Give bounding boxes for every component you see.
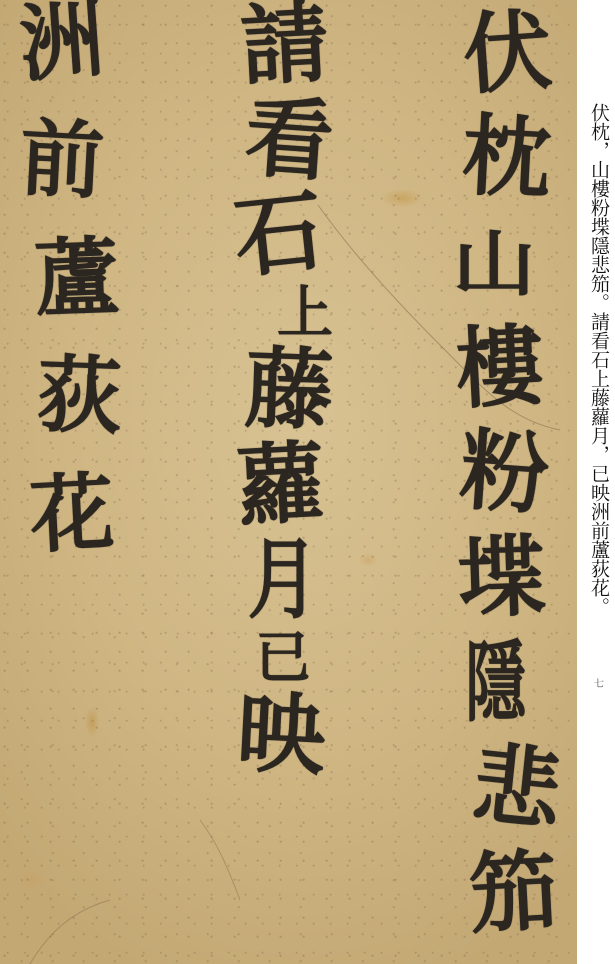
calligraphy-char: 看 [242, 92, 336, 193]
calligraphy-char: 堞 [456, 531, 548, 639]
calligraphy-char: 花 [28, 470, 118, 592]
calligraphy-char: 蘆 [33, 235, 121, 356]
calligraphy-char: 枕 [459, 111, 552, 220]
calligraphy-char: 前 [16, 116, 106, 238]
calligraphy-scan: 伏 枕 山 樓 粉 堞 隱 悲 笳 請 看 石 上 藤 蘿 月 已 映 洲 前 … [0, 0, 577, 964]
calligraphy-char: 伏 [460, 5, 555, 116]
calligraphy-char: 粉 [456, 425, 551, 536]
calligraphy-char: 請 [239, 0, 332, 97]
calligraphy-char: 荻 [35, 353, 123, 474]
calligraphy-char: 笳 [467, 846, 560, 955]
calligraphy-char: 石 [230, 186, 327, 290]
page-marker: 七 [592, 678, 606, 692]
calligraphy-char: 月 [248, 535, 318, 630]
calligraphy-char: 映 [235, 688, 328, 787]
calligraphy-char: 悲 [467, 739, 566, 853]
calligraphy-column-1: 伏 枕 山 樓 粉 堞 隱 悲 笳 [432, 8, 572, 953]
transcription-text: 伏枕，山樓粉堞隱悲笳。請看石上藤蘿月，已映洲前蘆荻花。 [585, 103, 613, 616]
calligraphy-char: 洲 [17, 0, 109, 121]
calligraphy-char: 藤 [243, 343, 334, 441]
calligraphy-char: 樓 [453, 321, 546, 430]
calligraphy-column-2: 請 看 石 上 藤 蘿 月 已 映 [215, 0, 355, 785]
calligraphy-column-3: 洲 前 蘆 荻 花 [0, 0, 135, 590]
calligraphy-char: 隱 [465, 638, 527, 743]
calligraphy-char: 蘿 [235, 438, 328, 537]
calligraphy-char: 山 [452, 229, 536, 313]
